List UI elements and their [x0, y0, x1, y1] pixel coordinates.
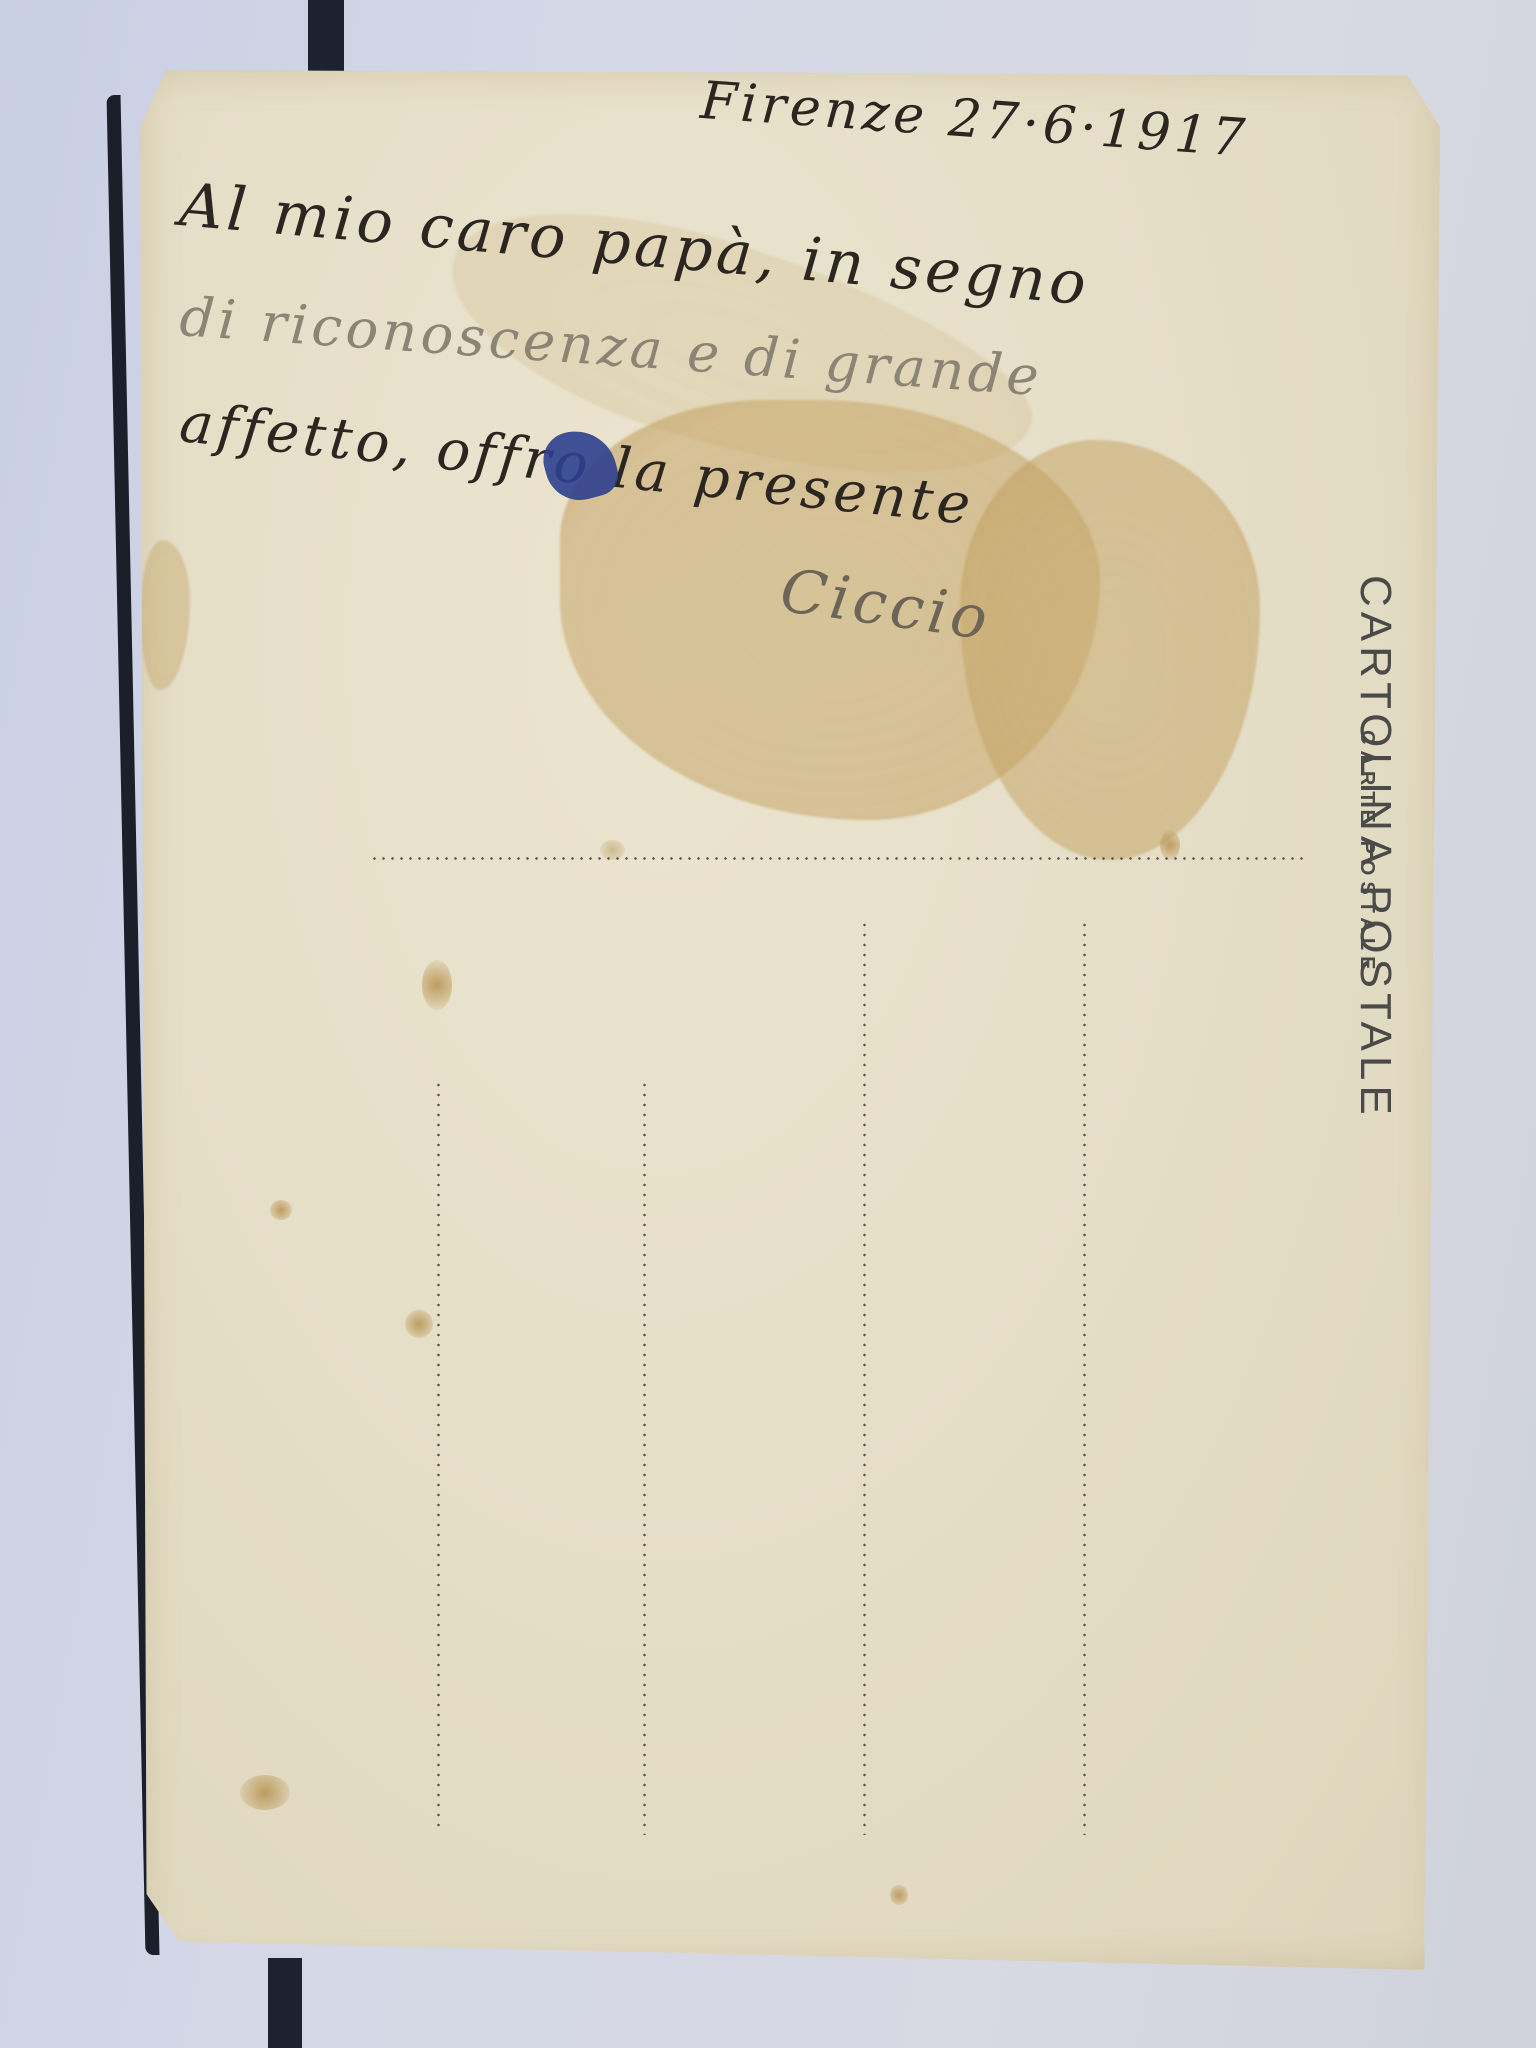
binder-strip-top	[308, 0, 344, 80]
stain-left-edge	[140, 540, 190, 690]
foxing-spot	[1160, 830, 1180, 860]
foxing-spot	[405, 1310, 433, 1338]
foxing-spot	[240, 1775, 290, 1810]
dotted-line-vertical-2	[643, 1080, 646, 1835]
foxing-spot	[270, 1200, 292, 1220]
foxing-spot	[890, 1885, 908, 1905]
printed-subtitle: CARTE POSTALE	[1355, 730, 1378, 975]
dotted-line-vertical-3	[863, 920, 866, 1835]
dotted-line-vertical-4	[1083, 920, 1086, 1835]
water-stain-right	[960, 440, 1260, 860]
foxing-spot	[422, 960, 452, 1010]
binder-strip-bottom	[268, 1958, 302, 2048]
handwritten-place-date: Firenze 27·6·1917	[699, 71, 1251, 169]
postcard: Firenze 27·6·1917 Al mio caro papà, in s…	[140, 70, 1440, 1970]
dotted-line-vertical-1	[437, 1080, 440, 1830]
dotted-line-horizontal	[370, 857, 1305, 860]
